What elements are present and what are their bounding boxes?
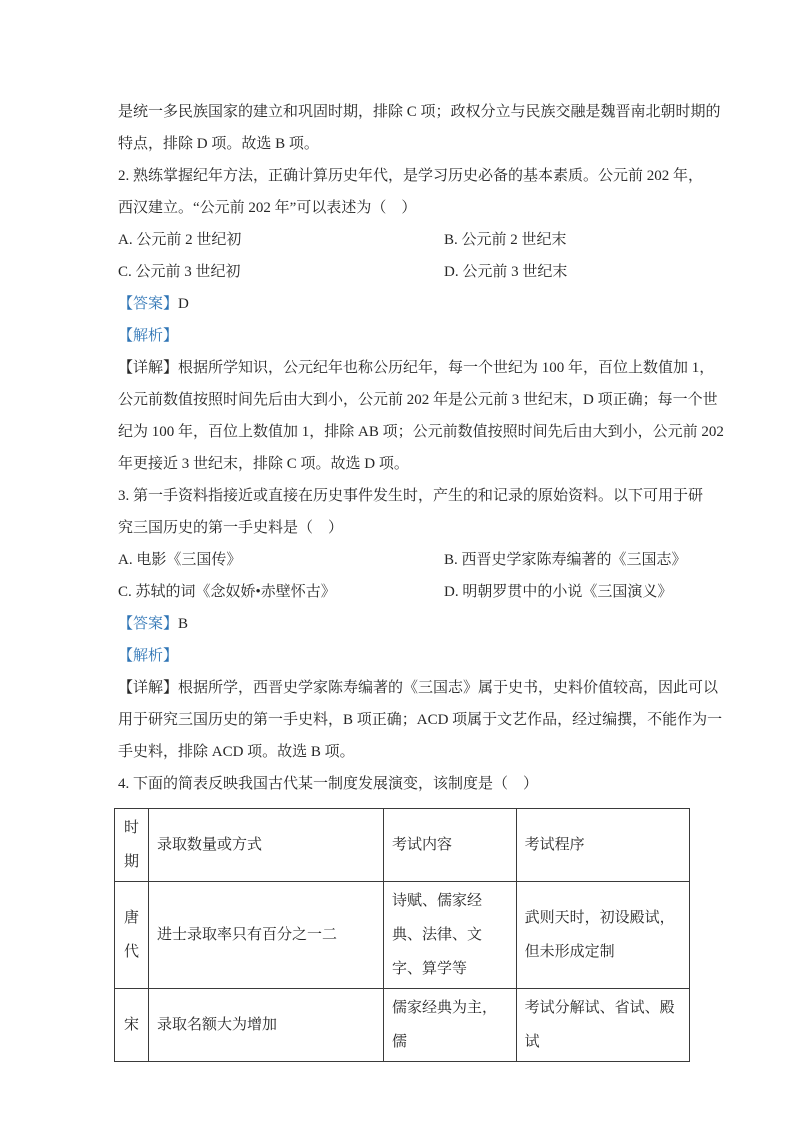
q2-explanation-line: 纪为 100 年，百位上数值加 1，排除 AB 项；公元前数值按照时间先后由大到…	[118, 416, 690, 448]
q2-answer-line: 【答案】D	[118, 288, 690, 320]
q3-option-d: D. 明朝罗贯中的小说《三国演义》	[444, 576, 672, 608]
answer-value: B	[178, 616, 188, 632]
q3-option-c: C. 苏轼的词《念奴娇•赤壁怀古》	[118, 576, 444, 608]
table-header-cell: 考试内容	[384, 809, 517, 882]
table-cell: 进士录取率只有百分之一二	[148, 882, 383, 989]
q2-option-b: B. 公元前 2 世纪末	[444, 224, 567, 256]
q2-stem-line: 西汉建立。“公元前 202 年”可以表述为（ ）	[118, 192, 690, 224]
answer-label: 【答案】	[118, 296, 178, 312]
exam-system-table: 时期 录取数量或方式 考试内容 考试程序 唐代 进士录取率只有百分之一二 诗赋、…	[114, 808, 690, 1062]
q1-explanation-line: 是统一多民族国家的建立和巩固时期，排除 C 项；政权分立与民族交融是魏晋南北朝时…	[118, 96, 690, 128]
q2-explanation-line: 年更接近 3 世纪末，排除 C 项。故选 D 项。	[118, 448, 690, 480]
q3-explanation-line: 【详解】根据所学，西晋史学家陈寿编著的《三国志》属于史书，史料价值较高，因此可以	[118, 672, 690, 704]
q2-option-d: D. 公元前 3 世纪末	[444, 256, 567, 288]
q2-stem-line: 2. 熟练掌握纪年方法，正确计算历史年代，是学习历史必备的基本素质。公元前 20…	[118, 160, 690, 192]
q2-option-c: C. 公元前 3 世纪初	[118, 256, 444, 288]
table-header-cell: 考试程序	[516, 809, 689, 882]
table-header-cell: 录取数量或方式	[148, 809, 383, 882]
table-cell: 武则天时，初设殿试，但未形成定制	[516, 882, 689, 989]
q3-options-row: C. 苏轼的词《念奴娇•赤壁怀古》 D. 明朝罗贯中的小说《三国演义》	[118, 576, 690, 608]
q3-option-b: B. 西晋史学家陈寿编著的《三国志》	[444, 544, 687, 576]
table-header-cell: 时期	[115, 809, 149, 882]
q2-explanation-line: 【详解】根据所学知识，公元纪年也称公历纪年，每一个世纪为 100 年，百位上数值…	[118, 352, 690, 384]
q2-option-a: A. 公元前 2 世纪初	[118, 224, 444, 256]
q2-analysis-line: 【解析】	[118, 320, 690, 352]
table-cell: 录取名额大为增加	[148, 989, 383, 1062]
answer-value: D	[178, 296, 189, 312]
q2-options-row: A. 公元前 2 世纪初 B. 公元前 2 世纪末	[118, 224, 690, 256]
document-content: 是统一多民族国家的建立和巩固时期，排除 C 项；政权分立与民族交融是魏晋南北朝时…	[118, 96, 690, 1062]
q3-options-row: A. 电影《三国传》 B. 西晋史学家陈寿编著的《三国志》	[118, 544, 690, 576]
q3-analysis-line: 【解析】	[118, 640, 690, 672]
table-cell-period: 宋	[115, 989, 149, 1062]
analysis-label: 【解析】	[118, 328, 178, 344]
document-page: 是统一多民族国家的建立和巩固时期，排除 C 项；政权分立与民族交融是魏晋南北朝时…	[0, 0, 793, 1122]
table-header-row: 时期 录取数量或方式 考试内容 考试程序	[115, 809, 690, 882]
q3-explanation-line: 手史料，排除 ACD 项。故选 B 项。	[118, 736, 690, 768]
q4-stem-line: 4. 下面的简表反映我国古代某一制度发展演变，该制度是（ ）	[118, 768, 690, 800]
analysis-label: 【解析】	[118, 648, 178, 664]
q1-explanation-line: 特点，排除 D 项。故选 B 项。	[118, 128, 690, 160]
q3-explanation-line: 用于研究三国历史的第一手史料，B 项正确；ACD 项属于文艺作品，经过编撰，不能…	[118, 704, 690, 736]
answer-label: 【答案】	[118, 616, 178, 632]
q3-stem-line: 究三国历史的第一手史料是（ ）	[118, 512, 690, 544]
q3-stem-line: 3. 第一手资料指接近或直接在历史事件发生时，产生的和记录的原始资料。以下可用于…	[118, 480, 690, 512]
table-cell-period: 唐代	[115, 882, 149, 989]
table-cell: 考试分解试、省试、殿试	[516, 989, 689, 1062]
q2-explanation-line: 公元前数值按照时间先后由大到小，公元前 202 年是公元前 3 世纪末，D 项正…	[118, 384, 690, 416]
table-cell: 诗赋、儒家经典、法律、文字、算学等	[384, 882, 517, 989]
table-row-song: 宋 录取名额大为增加 儒家经典为主，儒 考试分解试、省试、殿试	[115, 989, 690, 1062]
q3-option-a: A. 电影《三国传》	[118, 544, 444, 576]
q3-answer-line: 【答案】B	[118, 608, 690, 640]
table-cell: 儒家经典为主，儒	[384, 989, 517, 1062]
table-row-tang: 唐代 进士录取率只有百分之一二 诗赋、儒家经典、法律、文字、算学等 武则天时，初…	[115, 882, 690, 989]
q2-options-row: C. 公元前 3 世纪初 D. 公元前 3 世纪末	[118, 256, 690, 288]
